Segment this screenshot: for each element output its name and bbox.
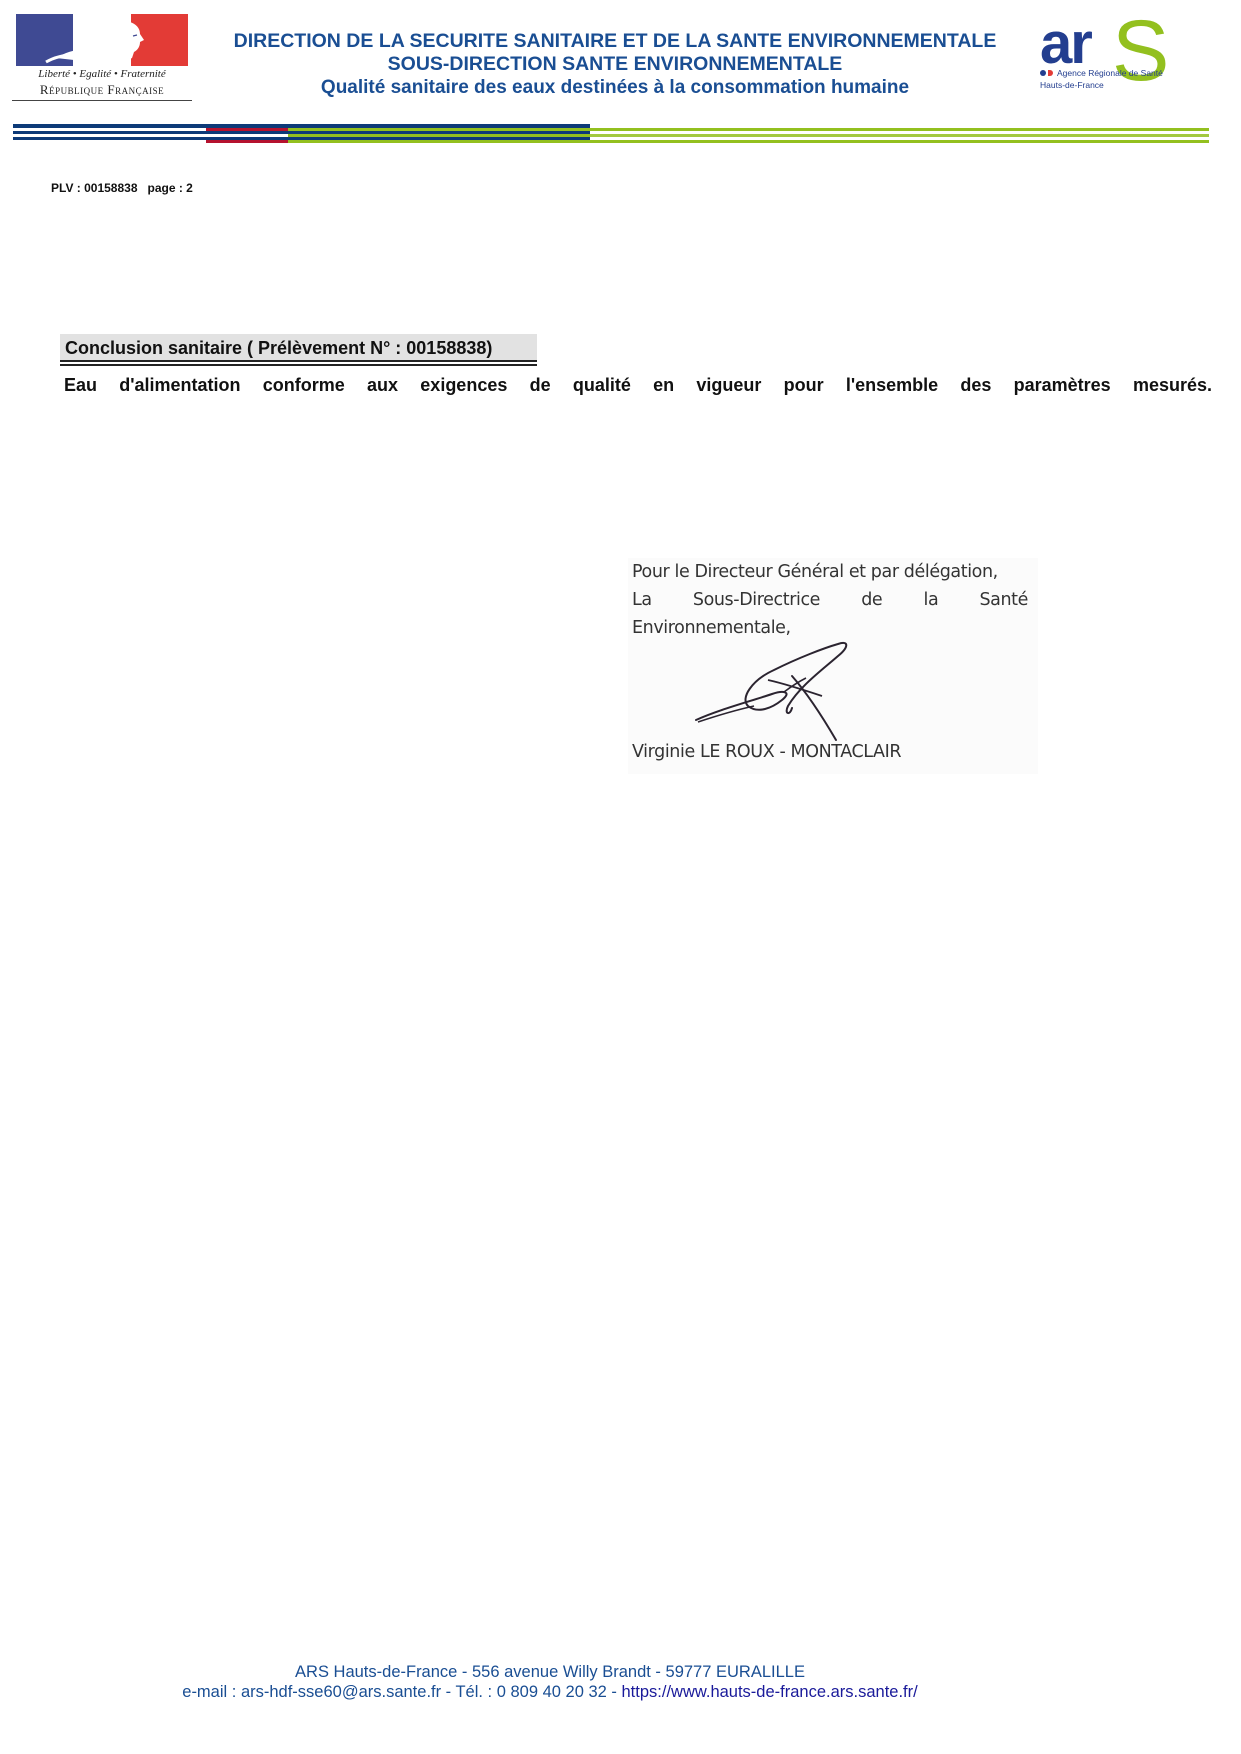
blue-dot-icon (1040, 70, 1046, 76)
header-title-subdirection: SOUS-DIRECTION SANTE ENVIRONNEMENTALE (190, 53, 1040, 76)
stripe-red-line (206, 128, 288, 131)
conclusion-heading: Conclusion sanitaire ( Prélèvement N° : … (65, 338, 492, 359)
header-title-direction: DIRECTION DE LA SECURITE SANITAIRE ET DE… (190, 30, 1040, 53)
ars-region: Hauts-de-France (1040, 80, 1104, 90)
handwritten-signature-icon (688, 636, 888, 746)
stripe-white-line (13, 140, 206, 143)
marianne-icon (16, 14, 188, 66)
footer-contact-details: e-mail : ars-hdf-sse60@ars.sante.fr - Té… (182, 1683, 621, 1701)
ars-agency-line: Agence Régionale de Santé (1040, 68, 1163, 78)
stripe-green-line (288, 128, 590, 131)
footer-website-link[interactable]: https://www.hauts-de-france.ars.sante.fr… (622, 1683, 918, 1701)
logo-divider (12, 100, 192, 101)
signature-role-line: La Sous-Directrice de la Santé (632, 590, 1028, 610)
stripe-red-line (206, 140, 288, 143)
stripe-green-line (590, 140, 1209, 143)
ars-agency-name: Agence Régionale de Santé (1057, 68, 1163, 78)
heading-underline (60, 360, 537, 362)
header-subtitle: Qualité sanitaire des eaux destinées à l… (190, 76, 1040, 99)
ars-wordmark-s: S (1112, 2, 1169, 101)
footer-address: ARS Hauts-de-France - 556 avenue Willy B… (0, 1662, 1100, 1682)
stripe-green-line (288, 140, 590, 143)
sample-reference: PLV : 00158838 page : 2 (51, 181, 193, 195)
stripe-white-line (13, 128, 206, 131)
page-footer: ARS Hauts-de-France - 556 avenue Willy B… (0, 1662, 1100, 1702)
republic-motto: Liberté • Egalité • Fraternité (16, 68, 188, 80)
republique-francaise-logo: Liberté • Egalité • Fraternité Républiqu… (12, 12, 192, 102)
footer-contact: e-mail : ars-hdf-sse60@ars.sante.fr - Té… (0, 1682, 1100, 1702)
signature-delegation-line: Pour le Directeur Général et par délégat… (632, 562, 998, 582)
tricolor-flag (16, 14, 188, 66)
heading-underline (60, 364, 537, 366)
document-header-titles: DIRECTION DE LA SECURITE SANITAIRE ET DE… (190, 30, 1040, 99)
conclusion-text: Eau d'alimentation conforme aux exigence… (64, 375, 1212, 396)
stripe-white-line (13, 134, 288, 137)
conclusion-heading-box: Conclusion sanitaire ( Prélèvement N° : … (60, 334, 537, 361)
signatory-name: Virginie LE ROUX - MONTACLAIR (632, 742, 901, 762)
red-half-dot-icon (1048, 70, 1053, 76)
stripe-green-line (288, 134, 590, 137)
stripe-green-line (590, 134, 1209, 137)
ars-logo: ar S Agence Régionale de Santé Hauts-de-… (1040, 24, 1180, 104)
stripe-green-line (590, 128, 1209, 131)
republic-name: République Française (16, 82, 188, 98)
header-stripe-band (13, 124, 1209, 143)
ars-wordmark-ar: ar (1040, 10, 1091, 77)
signature-role-line-2: Environnementale, (632, 618, 791, 638)
signature-block: Pour le Directeur Général et par délégat… (628, 558, 1038, 774)
